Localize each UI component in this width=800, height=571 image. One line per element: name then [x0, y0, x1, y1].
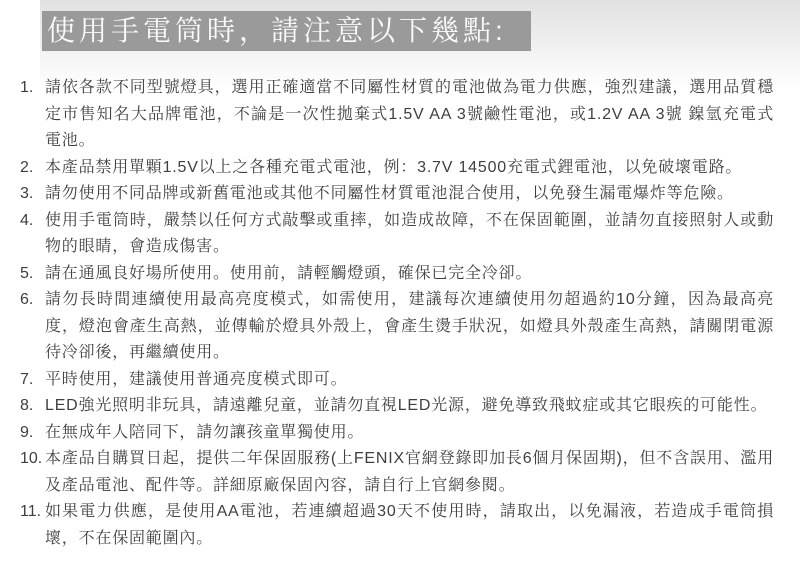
- note-item-6: 6. 請勿長時間連續使用最高亮度模式，如需使用，建議每次連續使用勿超過約10分鐘…: [0, 287, 774, 367]
- note-number: 7.: [20, 367, 33, 394]
- note-item-9: 9. 在無成年人陪同下，請勿讓孩童單獨使用。: [0, 420, 774, 447]
- note-text: 如果電力供應，是使用AA電池，若連續超過30天不使用時，請取出，以免漏液，若造成…: [45, 503, 774, 547]
- page-title: 使用手電筒時，請注意以下幾點:: [47, 15, 507, 46]
- note-item-8: 8. LED強光照明非玩具，請遠離兒童，並請勿直視LED光源，避免導致飛蚊症或其…: [0, 393, 774, 420]
- note-number: 8.: [20, 393, 33, 420]
- note-item-3: 3. 請勿使用不同品牌或新舊電池或其他不同屬性材質電池混合使用，以免發生漏電爆炸…: [0, 181, 774, 208]
- page: 使用手電筒時，請注意以下幾點: 1. 請依各款不同型號燈具，選用正確適當不同屬性…: [0, 0, 800, 571]
- note-number: 6.: [20, 287, 33, 314]
- note-item-4: 4. 使用手電筒時，嚴禁以任何方式敲擊或重摔，如造成故障，不在保固範圍，並請勿直…: [0, 208, 774, 261]
- note-text: 平時使用，建議使用普通亮度模式即可。: [45, 371, 347, 388]
- note-number: 5.: [20, 261, 33, 288]
- note-number: 1.: [20, 75, 33, 102]
- note-number: 10.: [20, 446, 42, 473]
- note-text: 請勿長時間連續使用最高亮度模式，如需使用，建議每次連續使用勿超過約10分鐘，因為…: [45, 291, 774, 361]
- note-text: 在無成年人陪同下，請勿讓孩童單獨使用。: [45, 424, 364, 441]
- note-item-10: 10. 本產品自購買日起，提供二年保固服務(上FENIX官網登錄即加長6個月保固…: [0, 446, 774, 499]
- note-number: 11.: [20, 499, 41, 526]
- notes-list: 1. 請依各款不同型號燈具，選用正確適當不同屬性材質的電池做為電力供應，強烈建議…: [0, 75, 774, 552]
- note-text: 本產品禁用單顆1.5V以上之各種充電式電池，例：3.7V 14500充電式鋰電池…: [45, 159, 742, 176]
- note-text: 本產品自購買日起，提供二年保固服務(上FENIX官網登錄即加長6個月保固期)，但…: [45, 450, 774, 494]
- note-number: 4.: [20, 208, 33, 235]
- note-text: 請在通風良好場所使用。使用前，請輕觸燈頭，確保已完全冷卻。: [45, 265, 532, 282]
- note-text: 使用手電筒時，嚴禁以任何方式敲擊或重摔，如造成故障，不在保固範圍，並請勿直接照射…: [45, 212, 774, 256]
- note-text: LED強光照明非玩具，請遠離兒童，並請勿直視LED光源，避免導致飛蚊症或其它眼疾…: [45, 397, 767, 414]
- note-item-2: 2. 本產品禁用單顆1.5V以上之各種充電式電池，例：3.7V 14500充電式…: [0, 155, 774, 182]
- note-number: 2.: [20, 155, 33, 182]
- note-item-5: 5. 請在通風良好場所使用。使用前，請輕觸燈頭，確保已完全冷卻。: [0, 261, 774, 288]
- note-item-11: 11. 如果電力供應，是使用AA電池，若連續超過30天不使用時，請取出，以免漏液…: [0, 499, 774, 552]
- note-item-1: 1. 請依各款不同型號燈具，選用正確適當不同屬性材質的電池做為電力供應，強烈建議…: [0, 75, 774, 155]
- note-number: 3.: [20, 181, 33, 208]
- page-title-bar: 使用手電筒時，請注意以下幾點:: [42, 11, 531, 51]
- note-item-7: 7. 平時使用，建議使用普通亮度模式即可。: [0, 367, 774, 394]
- note-text: 請勿使用不同品牌或新舊電池或其他不同屬性材質電池混合使用，以免發生漏電爆炸等危險…: [45, 185, 734, 202]
- note-text: 請依各款不同型號燈具，選用正確適當不同屬性材質的電池做為電力供應，強烈建議，選用…: [45, 79, 774, 149]
- note-number: 9.: [20, 420, 33, 447]
